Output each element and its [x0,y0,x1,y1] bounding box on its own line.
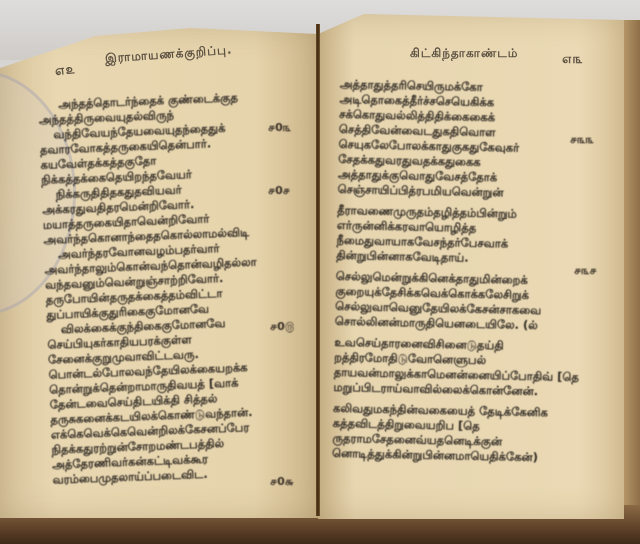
verse-number: ௪0௪ [268,184,290,199]
verse-number: ௪௩௪ [574,264,597,279]
right-page-number: ௭௩ [562,52,584,68]
verse-number: ௪0௫ [270,320,294,335]
right-running-title: கிட்கிந்தாகாண்டம் [410,46,518,62]
book-photo: ௭௨ இராமாயணக்குறிப்பு. கிட்கிந்தாகாண்டம் … [0,0,640,544]
book-cover-edge [622,20,640,520]
verse-number: ௪0௬ [270,475,294,490]
verse-number: ௪௩௩ [570,133,594,148]
left-page-number: ௭௨ [54,62,77,80]
left-page-text: அந்தத்தொடர்ந்தைக் குண்டைக்குத அந்தத்திரு… [38,88,303,487]
right-page-text: அத்தாதுத்தரிசெயிருமக்கோ அடிதொகைத்தீர்ச்ச… [332,77,610,467]
verse-number: ௪0௩ [268,121,291,136]
book-gutter [316,24,320,516]
